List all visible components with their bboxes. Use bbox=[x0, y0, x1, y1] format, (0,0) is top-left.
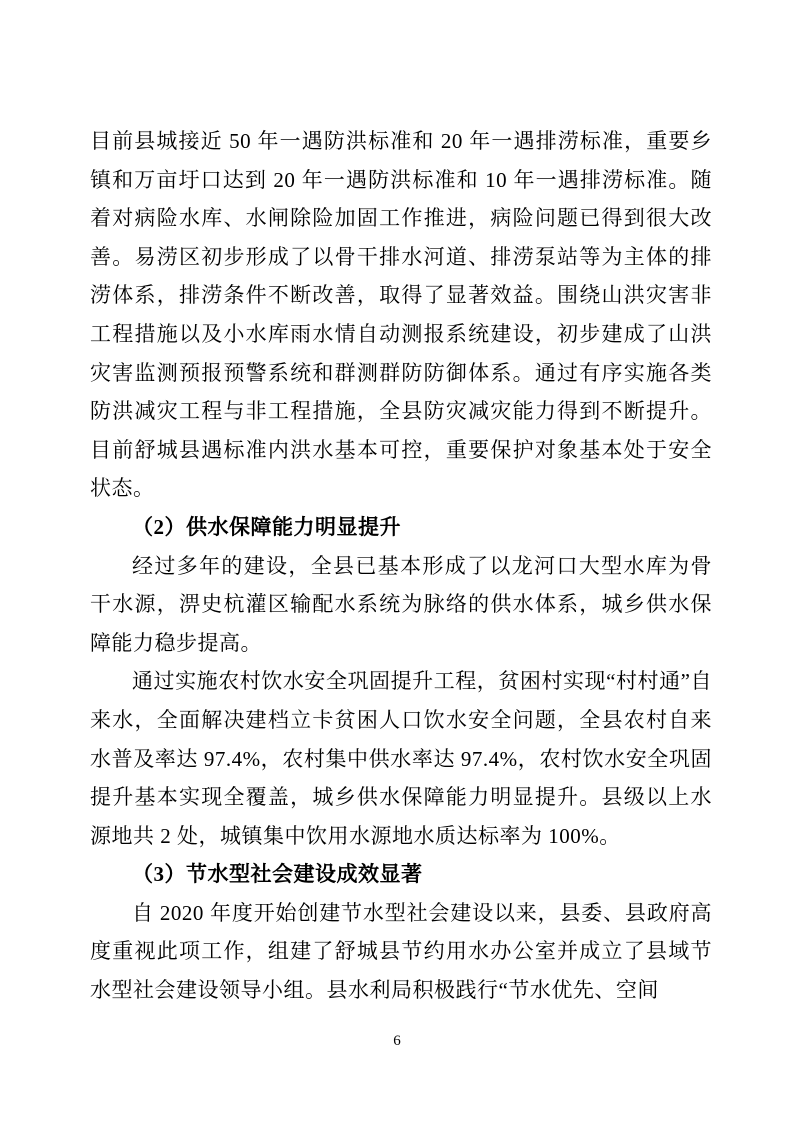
page-number: 6 bbox=[0, 1030, 794, 1052]
section-heading-water-saving: （3）节水型社会建设成效显著 bbox=[90, 855, 712, 894]
paragraph-rural-drinking-water: 通过实施农村饮水安全巩固提升工程，贫困村实现“村村通”自来水，全面解决建档立卡贫… bbox=[90, 662, 712, 855]
paragraph-water-saving-society: 自 2020 年度开始创建节水型社会建设以来，县委、县政府高度重视此项工作，组建… bbox=[90, 894, 712, 1010]
paragraph-water-supply-system: 经过多年的建设，全县已基本形成了以龙河口大型水库为骨干水源，淠史杭灌区输配水系统… bbox=[90, 547, 712, 663]
paragraph-flood-control: 目前县城接近 50 年一遇防洪标准和 20 年一遇排涝标准，重要乡镇和万亩圩口达… bbox=[90, 122, 712, 508]
section-heading-water-supply: （2）供水保障能力明显提升 bbox=[90, 508, 712, 547]
document-body: 目前县城接近 50 年一遇防洪标准和 20 年一遇排涝标准，重要乡镇和万亩圩口达… bbox=[90, 122, 712, 1010]
document-page: 目前县城接近 50 年一遇防洪标准和 20 年一遇排涝标准，重要乡镇和万亩圩口达… bbox=[0, 0, 794, 1122]
